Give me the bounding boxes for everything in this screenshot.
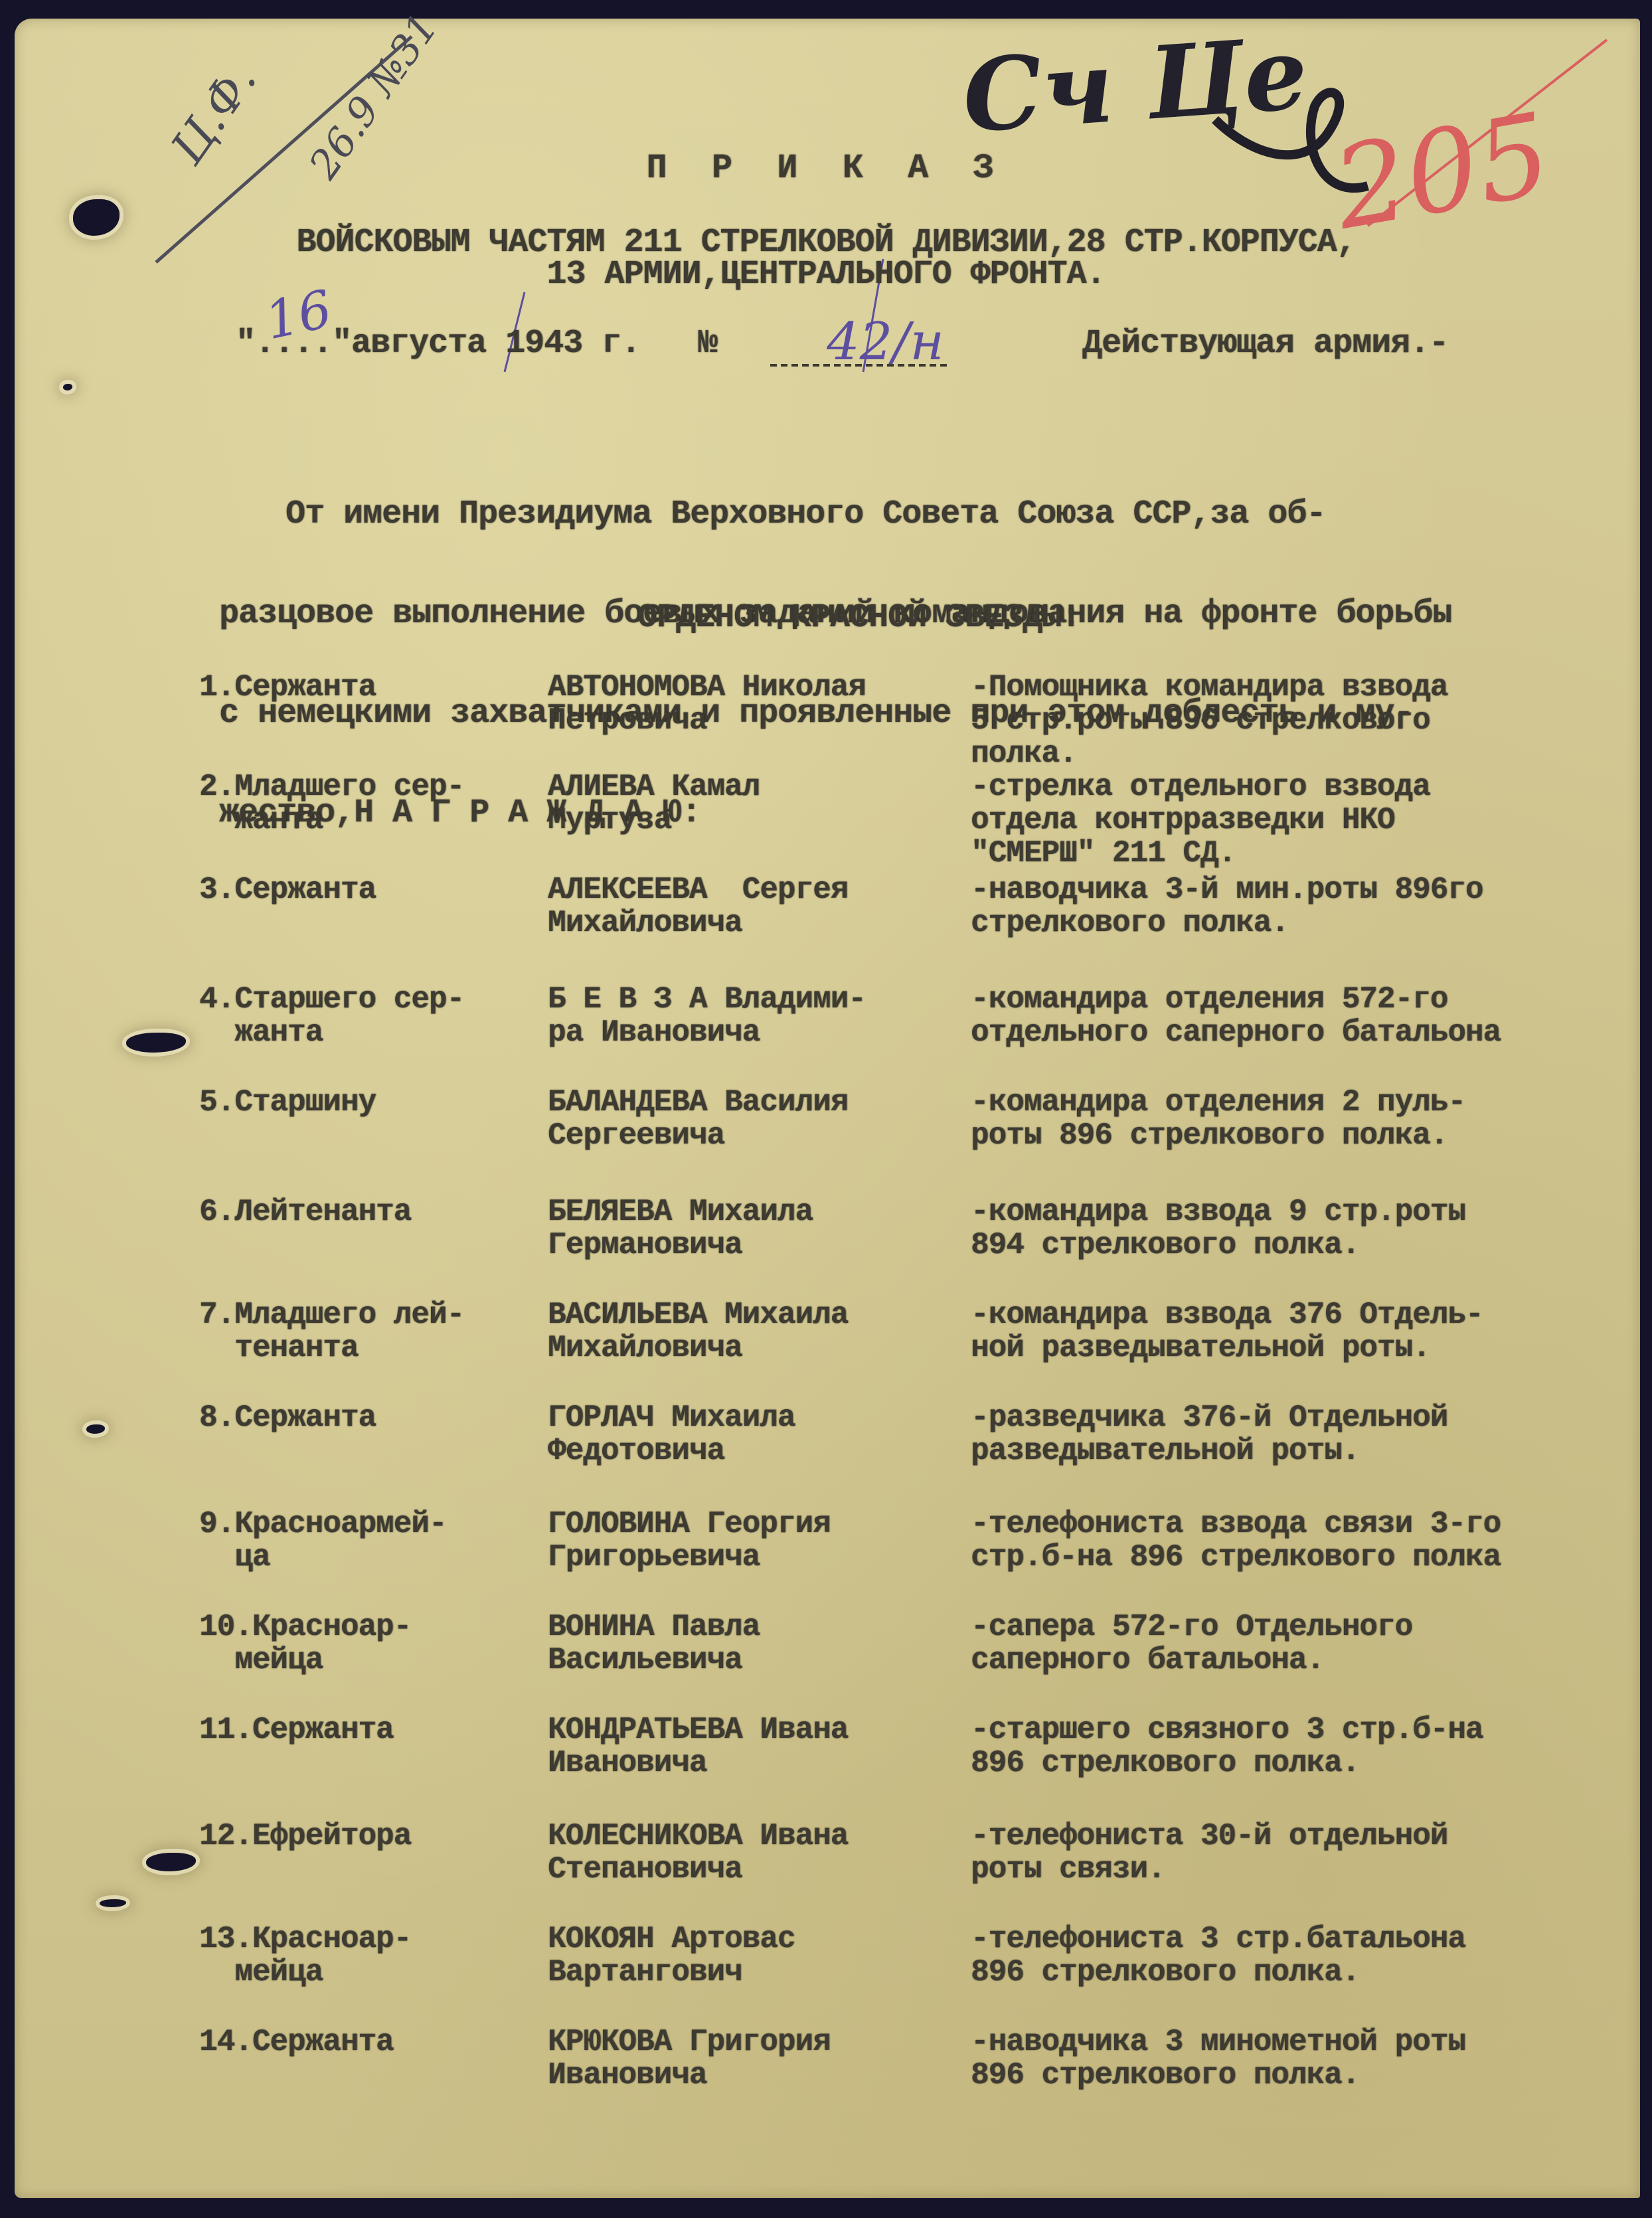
entry-name: Б Е В З А Владими- <box>548 983 959 1016</box>
entry-name: ГОЛОВИНА Георгия <box>548 1507 959 1541</box>
award-heading: ОРДЕНОМ КРАСНОЙ ЗВЕЗДЫ: <box>637 601 1080 636</box>
entry-rank: жанта <box>199 1016 558 1049</box>
entry-name: Сергеевича <box>548 1119 959 1152</box>
entry-description: 896 стрелкового полка. <box>971 1956 1635 1989</box>
entry-name: БЕЛЯЕВА Михаила <box>548 1195 959 1229</box>
entry-name: Федотовича <box>548 1434 959 1468</box>
preamble-line: От имени Президиума Верховного Совета Со… <box>219 498 1451 531</box>
entry-name: КОЛЕСНИКОВА Ивана <box>548 1820 959 1853</box>
entry-name: ГОРЛАЧ Михаила <box>548 1401 959 1434</box>
entry-rank: 2.Младшего сер- <box>199 770 558 804</box>
entry-rank: 13.Красноар- <box>199 1922 558 1956</box>
document-title: П Р И К А З <box>0 151 1652 186</box>
entry-description: ной разведывательной роты. <box>971 1331 1635 1365</box>
entry-description: 894 стрелкового полка. <box>971 1229 1635 1262</box>
entry-rank: 12.Ефрейтора <box>199 1820 558 1853</box>
entry-rank: жанта <box>199 804 558 837</box>
entry-description: полка. <box>971 737 1635 770</box>
entry-name: КОКОЯН Артовас <box>548 1922 959 1956</box>
entry-description: -командира отделения 2 пуль- <box>971 1086 1635 1119</box>
entry-description: -наводчика 3 минометной роты <box>971 2025 1635 2059</box>
entry-name: Германовича <box>548 1229 959 1262</box>
entry-description: стрелкового полка. <box>971 906 1635 940</box>
entry-name: ВАСИЛЬЕВА Михаила <box>548 1298 959 1331</box>
entry-name: Михайловича <box>548 906 959 940</box>
entry-rank: 8.Сержанта <box>199 1401 558 1434</box>
entry-rank: 10.Красноар- <box>199 1610 558 1644</box>
entry-rank: 5.Старшину <box>199 1086 558 1119</box>
entry-name: Ивановича <box>548 2059 959 2092</box>
document-header-line-2: 13 АРМИИ,ЦЕНТРАЛЬНОГО ФРОНТА. <box>0 258 1652 292</box>
entry-rank: 11.Сержанта <box>199 1713 558 1747</box>
entry-description: стр.б-на 896 стрелкового полка <box>971 1541 1635 1574</box>
entry-description: -телефониста 3 стр.батальона <box>971 1922 1635 1956</box>
handwritten-center-mark: Сч Це <box>959 15 1311 155</box>
entry-rank: 7.Младшего лей- <box>199 1298 558 1331</box>
entry-name: Муртуза <box>548 804 959 837</box>
entry-name: АЛИЕВА Камал <box>548 770 959 804</box>
entry-name: Васильевича <box>548 1644 959 1677</box>
entry-description: отдельного саперного батальона <box>971 1016 1635 1049</box>
entry-description: -наводчика 3-й мин.роты 896го <box>971 873 1635 906</box>
entry-name: АВТОНОМОВА Николая <box>548 671 959 704</box>
entry-description: разведывательной роты. <box>971 1434 1635 1468</box>
entry-rank: 9.Красноармей- <box>199 1507 558 1541</box>
entry-description: "СМЕРШ" 211 СД. <box>971 837 1635 870</box>
entry-description: -телефониста взвода связи 3-го <box>971 1507 1635 1541</box>
entry-rank: 4.Старшего сер- <box>199 983 558 1016</box>
entry-description: -Помощника командира взвода <box>971 671 1635 704</box>
entry-description: -телефониста 30-й отдельной <box>971 1820 1635 1853</box>
entry-description: роты связи. <box>971 1853 1635 1886</box>
entry-description: -разведчика 376-й Отдельной <box>971 1401 1635 1434</box>
entry-name: ВОНИНА Павла <box>548 1610 959 1644</box>
unit-label: Действующая армия.- <box>1082 327 1448 361</box>
entry-name: БАЛАНДЕВА Василия <box>548 1086 959 1119</box>
entry-description: -сапера 572-го Отдельного <box>971 1610 1635 1644</box>
entry-rank: 14.Сержанта <box>199 2025 558 2059</box>
entry-name: КОНДРАТЬЕВА Ивана <box>548 1713 959 1747</box>
entry-rank: ца <box>199 1541 558 1574</box>
entry-description: 896 стрелкового полка. <box>971 2059 1635 2092</box>
entry-description: 896 стрелкового полка. <box>971 1747 1635 1780</box>
entry-rank: 3.Сержанта <box>199 873 558 906</box>
entry-rank: тенанта <box>199 1331 558 1365</box>
entry-description: отдела контрразведки НКО <box>971 804 1635 837</box>
entry-name: Степановича <box>548 1853 959 1886</box>
entry-description: -командира взвода 9 стр.роты <box>971 1195 1635 1229</box>
entry-description: -стрелка отдельного взвода <box>971 770 1635 804</box>
order-date-line: "...."августа 1943 г. № <box>236 327 717 361</box>
entry-name: Ивановича <box>548 1747 959 1780</box>
entry-description: -старшего связного 3 стр.б-на <box>971 1713 1635 1747</box>
entry-name: Михайловича <box>548 1331 959 1365</box>
entry-name: Вартангович <box>548 1956 959 1989</box>
entry-name: Григорьевича <box>548 1541 959 1574</box>
entry-rank: мейца <box>199 1956 558 1989</box>
entry-description: 5 стр.роты 896 стрелкового <box>971 704 1635 737</box>
entry-description: саперного батальона. <box>971 1644 1635 1677</box>
entry-rank: 6.Лейтенанта <box>199 1195 558 1229</box>
entry-description: роты 896 стрелкового полка. <box>971 1119 1635 1152</box>
handwritten-order-number: 42/н <box>827 312 944 372</box>
entry-rank: 1.Сержанта <box>199 671 558 704</box>
entry-name: Петровича <box>548 704 959 737</box>
entry-description: -командира взвода 376 Отдель- <box>971 1298 1635 1331</box>
entry-description: -командира отделения 572-го <box>971 983 1635 1016</box>
entry-rank: мейца <box>199 1644 558 1677</box>
entry-name: АЛЕКСЕЕВА Сергея <box>548 873 959 906</box>
entry-name: ра Ивановича <box>548 1016 959 1049</box>
entry-name: КРЮКОВА Григория <box>548 2025 959 2059</box>
